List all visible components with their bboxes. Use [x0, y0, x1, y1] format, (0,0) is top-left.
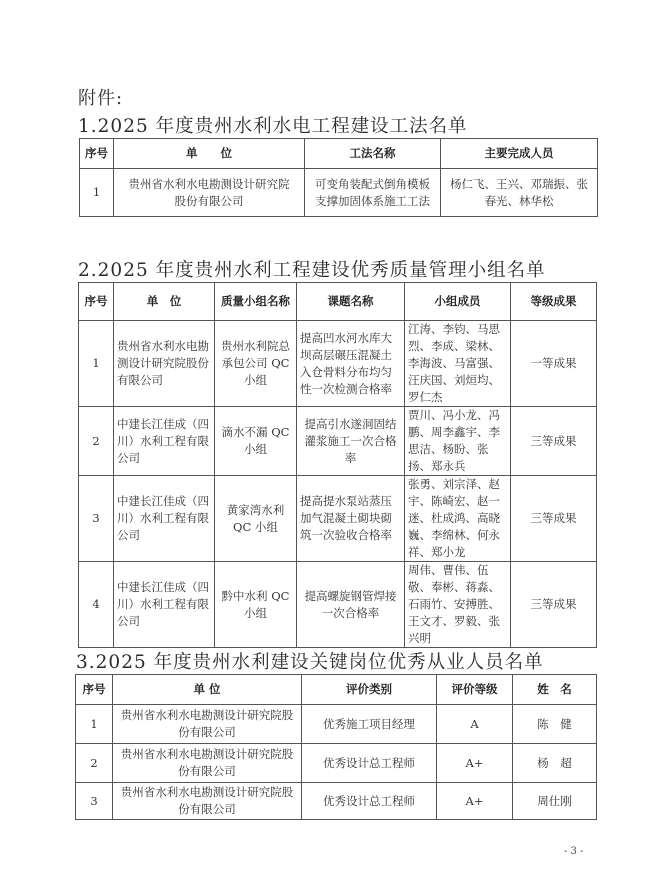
table-row: 4 中建长江佳成（四川）水利工程有限公司 黔中水利 QC 小组 提高螺旋钢管焊接… — [79, 562, 597, 648]
cell-name: 杨 超 — [513, 744, 597, 783]
attachment-label: 附件: — [78, 84, 123, 110]
table-row: 3 中建长江佳成（四川）水利工程有限公司 黄家湾水利 QC 小组 提高提水泵站蒸… — [79, 476, 597, 562]
header-method: 工法名称 — [305, 139, 441, 169]
cell-grade: 一等成果 — [511, 321, 597, 407]
cell-members: 江涛、李钧、马思烈、李成、梁林、李海波、马富强、汪庆国、刘烜均、罗仁杰 — [405, 321, 511, 407]
section3-table: 序号 单 位 评价类别 评价等级 姓 名 1 贵州省水利水电勘测设计研究院股份有… — [75, 674, 597, 820]
cell-grade: 三等成果 — [511, 476, 597, 562]
cell-members: 贾川、冯小龙、冯鹏、周李鑫宇、李思洁、杨盼、张扬、郑永兵 — [405, 407, 511, 476]
table-row: 1 贵州省水利水电勘测设计研究院股份有限公司 可变角装配式倒角模板支撑加固体系施… — [80, 169, 598, 217]
table-header-row: 序号 单 位 质量小组名称 课题名称 小组成员 等级成果 — [79, 283, 597, 321]
header-name: 姓 名 — [513, 675, 597, 705]
cell-level: A+ — [437, 783, 513, 820]
table-row: 2 贵州省水利水电勘测设计研究院股份有限公司 优秀设计总工程师 A+ 杨 超 — [76, 744, 597, 783]
header-members: 小组成员 — [405, 283, 511, 321]
cell-group: 贵州水利院总承包公司 QC 小组 — [215, 321, 297, 407]
section1-table: 序号 单 位 工法名称 主要完成人员 1 贵州省水利水电勘测设计研究院股份有限公… — [79, 138, 598, 217]
cell-group: 滴水不漏 QC 小组 — [215, 407, 297, 476]
header-grade: 等级成果 — [511, 283, 597, 321]
section3-title: 3.2025 年度贵州水利建设关键岗位优秀从业人员名单 — [76, 648, 544, 674]
cell-no: 3 — [76, 783, 113, 820]
header-no: 序号 — [79, 283, 114, 321]
cell-people: 杨仁飞、王兴、邓瑞振、张春光、林华松 — [441, 169, 598, 217]
cell-level: A+ — [437, 744, 513, 783]
cell-group: 黄家湾水利 QC 小组 — [215, 476, 297, 562]
cell-unit: 贵州省水利水电勘测设计研究院股份有限公司 — [113, 783, 302, 820]
header-topic: 课题名称 — [297, 283, 405, 321]
cell-unit: 贵州省水利水电勘测设计研究院股份有限公司 — [113, 744, 302, 783]
page-number: - 3 - — [564, 846, 583, 857]
cell-topic: 提高引水遂洞固结灌浆施工一次合格率 — [297, 407, 405, 476]
table-header-row: 序号 单 位 工法名称 主要完成人员 — [80, 139, 598, 169]
cell-category: 优秀施工项目经理 — [302, 705, 437, 744]
cell-category: 优秀设计总工程师 — [302, 744, 437, 783]
cell-topic: 提高螺旋钢管焊接一次合格率 — [297, 562, 405, 648]
table-row: 2 中建长江佳成（四川）水利工程有限公司 滴水不漏 QC 小组 提高引水遂洞固结… — [79, 407, 597, 476]
cell-name: 陈 健 — [513, 705, 597, 744]
cell-no: 1 — [80, 169, 114, 217]
cell-unit: 中建长江佳成（四川）水利工程有限公司 — [114, 476, 215, 562]
cell-no: 1 — [76, 705, 113, 744]
cell-category: 优秀设计总工程师 — [302, 783, 437, 820]
cell-no: 2 — [79, 407, 114, 476]
section2-table: 序号 单 位 质量小组名称 课题名称 小组成员 等级成果 1 贵州省水利水电勘测… — [78, 282, 597, 648]
header-group: 质量小组名称 — [215, 283, 297, 321]
cell-group: 黔中水利 QC 小组 — [215, 562, 297, 648]
cell-no: 4 — [79, 562, 114, 648]
cell-grade: 三等成果 — [511, 407, 597, 476]
section1-title: 1.2025 年度贵州水利水电工程建设工法名单 — [78, 112, 468, 138]
cell-unit: 中建长江佳成（四川）水利工程有限公司 — [114, 562, 215, 648]
cell-no: 2 — [76, 744, 113, 783]
header-people: 主要完成人员 — [441, 139, 598, 169]
header-unit: 单 位 — [114, 139, 305, 169]
cell-level: A — [437, 705, 513, 744]
header-unit: 单 位 — [113, 675, 302, 705]
header-unit: 单 位 — [114, 283, 215, 321]
cell-unit: 贵州省水利水电勘测设计研究院股份有限公司 — [114, 169, 305, 217]
cell-unit: 中建长江佳成（四川）水利工程有限公司 — [114, 407, 215, 476]
header-category: 评价类别 — [302, 675, 437, 705]
cell-unit: 贵州省水利水电勘测设计研究院股份有限公司 — [113, 705, 302, 744]
section2-title: 2.2025 年度贵州水利工程建设优秀质量管理小组名单 — [78, 256, 546, 282]
table-row: 3 贵州省水利水电勘测设计研究院股份有限公司 优秀设计总工程师 A+ 周仕刚 — [76, 783, 597, 820]
header-no: 序号 — [80, 139, 114, 169]
cell-members: 周伟、曹伟、伍敬、奉彬、蒋淼、石雨竹、安搏胜、王文才、罗毅、张兴明 — [405, 562, 511, 648]
table-header-row: 序号 单 位 评价类别 评价等级 姓 名 — [76, 675, 597, 705]
cell-no: 3 — [79, 476, 114, 562]
cell-members: 张勇、刘宗泽、赵宇、陈崎宏、赵一迷、杜成鸿、高晓巍、李绵林、何永祥、郑小龙 — [405, 476, 511, 562]
header-no: 序号 — [76, 675, 113, 705]
header-level: 评价等级 — [437, 675, 513, 705]
table-row: 1 贵州省水利水电勘测设计研究院股份有限公司 优秀施工项目经理 A 陈 健 — [76, 705, 597, 744]
table-row: 1 贵州省水利水电勘测设计研究院股份有限公司 贵州水利院总承包公司 QC 小组 … — [79, 321, 597, 407]
cell-name: 周仕刚 — [513, 783, 597, 820]
cell-grade: 三等成果 — [511, 562, 597, 648]
cell-unit: 贵州省水利水电勘测设计研究院股份有限公司 — [114, 321, 215, 407]
cell-topic: 提高凹水河水库大坝高层碾压混凝土入仓骨料分布均匀性一次检测合格率 — [297, 321, 405, 407]
cell-method: 可变角装配式倒角模板支撑加固体系施工工法 — [305, 169, 441, 217]
cell-topic: 提高提水泵站蒸压加气混凝土砌块砌筑一次验收合格率 — [297, 476, 405, 562]
cell-no: 1 — [79, 321, 114, 407]
